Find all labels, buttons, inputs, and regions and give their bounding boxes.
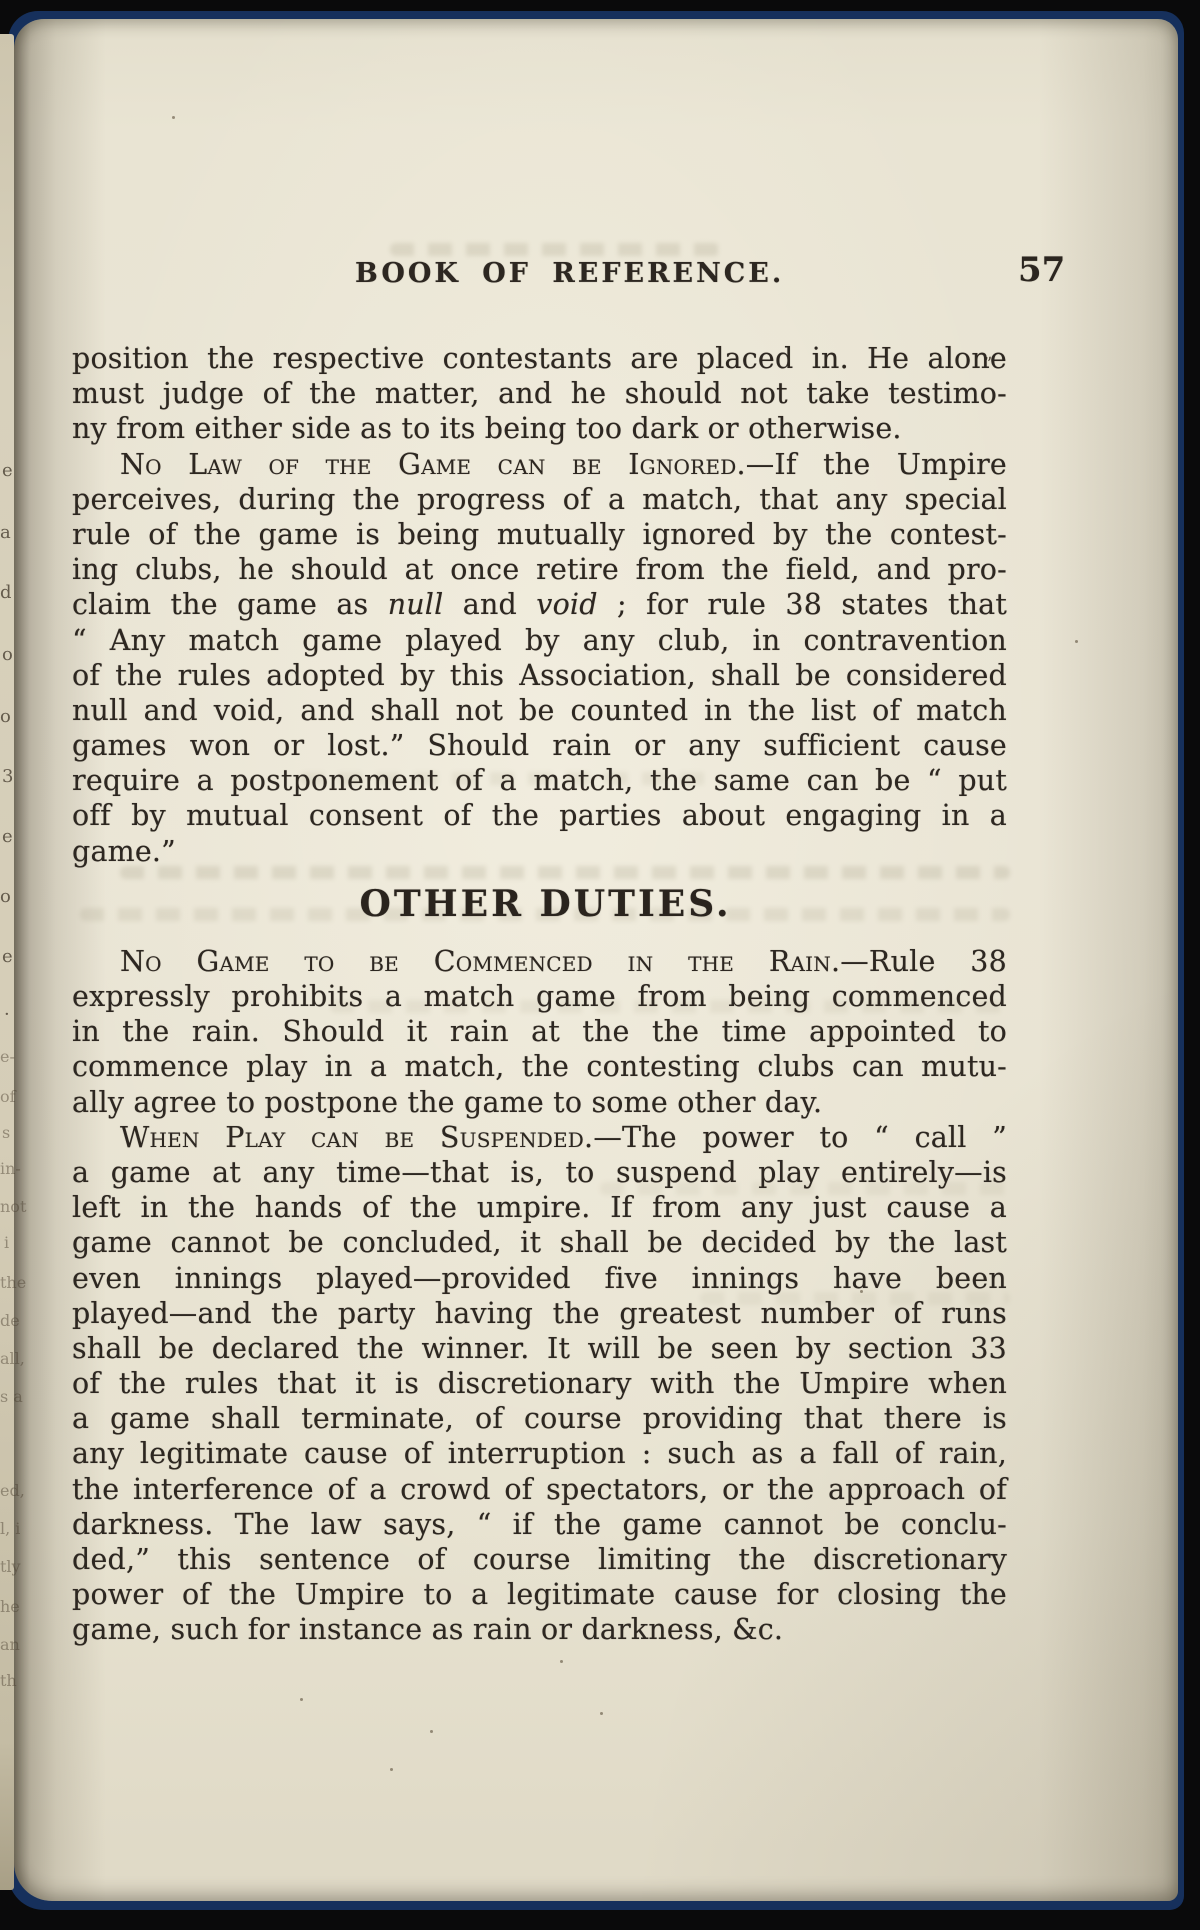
section-heading: OTHER DUTIES. <box>72 882 1007 926</box>
spine-text-fragment: o <box>0 708 11 726</box>
text-line: any legitimate cause of interruption : s… <box>72 1436 1007 1471</box>
text-line: games won or lost.” Should rain or any s… <box>72 728 1007 763</box>
spine-text-fragment: d <box>0 584 12 602</box>
spine-text-fragment: not <box>0 1198 26 1216</box>
italic-run: null <box>388 588 444 621</box>
text-line: in the rain. Should it rain at the the t… <box>72 1014 1007 1049</box>
text-line: game.” <box>72 834 1007 869</box>
spine-text-fragment: all, <box>0 1350 25 1368</box>
text-run: and <box>443 588 536 621</box>
running-header: BOOK OF REFERENCE. 57 <box>72 0 1007 60</box>
text-line: left in the hands of the umpire. If from… <box>72 1190 1007 1225</box>
text-line: require a postponement of a match, the s… <box>72 763 1007 798</box>
text-line: ny from either side as to its being too … <box>72 411 1007 446</box>
text-line: perceives, during the progress of a matc… <box>72 482 1007 517</box>
text-line: the interference of a crowd of spectator… <box>72 1472 1007 1507</box>
text-line: When Play can be Suspended.—The power to… <box>72 1120 1007 1155</box>
text-line: darkness. The law says, “ if the game ca… <box>72 1507 1007 1542</box>
body-text: position the respective contestants are … <box>72 341 1007 1648</box>
spine-text-fragment: o <box>0 888 11 906</box>
text-line: commence play in a match, the contesting… <box>72 1049 1007 1084</box>
text-line: of the rules adopted by this Association… <box>72 658 1007 693</box>
spine-text-fragment: l, i <box>0 1520 20 1538</box>
spine-text-fragment: the <box>0 1274 26 1292</box>
text-line: null and void, and shall not be counted … <box>72 693 1007 728</box>
text-line: even innings played—provided five inning… <box>72 1261 1007 1296</box>
dust-speck <box>430 1730 433 1733</box>
text-line: off by mutual consent of the parties abo… <box>72 798 1007 833</box>
spine-text-fragment: e <box>2 462 13 480</box>
text-line: must judge of the matter, and he should … <box>72 376 1007 411</box>
text-line: expressly prohibits a match game from be… <box>72 979 1007 1014</box>
spine-text-fragment: an <box>0 1636 20 1654</box>
spine-text-fragment: th <box>0 1672 17 1690</box>
spine-text-fragment: o <box>2 646 13 664</box>
text-line: a game shall terminate, of course provid… <box>72 1401 1007 1436</box>
spine-text-fragment: e- <box>0 1048 15 1066</box>
dust-speck <box>300 1698 303 1701</box>
sidehead-small-caps: No Law of the Game can be Ignored. <box>120 448 746 481</box>
dust-speck <box>860 1290 863 1293</box>
text-line: a game at any time—that is, to suspend p… <box>72 1155 1007 1190</box>
dust-speck <box>600 1712 603 1715</box>
spine-text-fragment: de <box>0 1312 20 1330</box>
spine-text-fragment: ed, <box>0 1482 25 1500</box>
spine-text-fragment: i <box>4 1234 9 1252</box>
spine-text-fragment: s a <box>0 1388 23 1406</box>
spine-text-fragment: e <box>2 828 13 846</box>
text-line: game cannot be concluded, it shall be de… <box>72 1225 1007 1260</box>
spine-text-fragment: of <box>0 1088 16 1106</box>
text-line: ing clubs, he should at once retire from… <box>72 552 1007 587</box>
spine-text-fragment: a <box>0 524 11 542</box>
text-line: ded,” this sentence of course limiting t… <box>72 1542 1007 1577</box>
dust-speck <box>390 1768 393 1771</box>
text-line: No Law of the Game can be Ignored.—If th… <box>72 447 1007 482</box>
page-title: BOOK OF REFERENCE. <box>355 258 784 289</box>
text-line: played—and the party having the greatest… <box>72 1296 1007 1331</box>
text-line: position the respective contestants are … <box>72 341 1007 376</box>
showthrough-smudge <box>390 243 720 256</box>
sidehead-small-caps: When Play can be Suspended. <box>120 1121 593 1154</box>
text-line: rule of the game is being mutually ignor… <box>72 517 1007 552</box>
dust-speck <box>1075 640 1078 643</box>
spine-text-fragment: · <box>4 1006 10 1024</box>
text-line: shall be declared the winner. It will be… <box>72 1331 1007 1366</box>
spine-text-fragment: s <box>2 1124 10 1142</box>
text-line: power of the Umpire to a legitimate caus… <box>72 1577 1007 1612</box>
text-run: —Rule 38 <box>840 945 1007 978</box>
sidehead-small-caps: No Game to be Commenced in the Rain. <box>120 945 840 978</box>
spine-text-fragment: tly <box>0 1558 21 1576</box>
text-line: ally agree to postpone the game to some … <box>72 1085 1007 1120</box>
text-line: game, such for instance as rain or darkn… <box>72 1612 1007 1647</box>
text-run: ; for rule 38 states that <box>598 588 1007 621</box>
text-line: claim the game as null and void ; for ru… <box>72 587 1007 622</box>
dust-speck <box>560 1660 563 1663</box>
text-line: “ Any match game played by any club, in … <box>72 623 1007 658</box>
italic-run: void <box>536 588 597 621</box>
text-run: —The power to “ call ” <box>593 1121 1007 1154</box>
spine-text-fragment: 3 <box>2 768 13 786</box>
book-scan: BOOK OF REFERENCE. 57 ‚‚ position the re… <box>0 0 1200 1930</box>
spine-text-fragment: he <box>0 1598 20 1616</box>
dust-speck <box>172 116 175 119</box>
page-number: 57 <box>1018 250 1065 290</box>
spine-text-fragment: e <box>2 948 13 966</box>
text-line: of the rules that it is discretionary wi… <box>72 1366 1007 1401</box>
text-run: claim the game as <box>72 588 388 621</box>
text-line: No Game to be Commenced in the Rain.—Rul… <box>72 944 1007 979</box>
spine-text-fragment: in- <box>0 1160 21 1178</box>
text-run: —If the Umpire <box>746 448 1007 481</box>
